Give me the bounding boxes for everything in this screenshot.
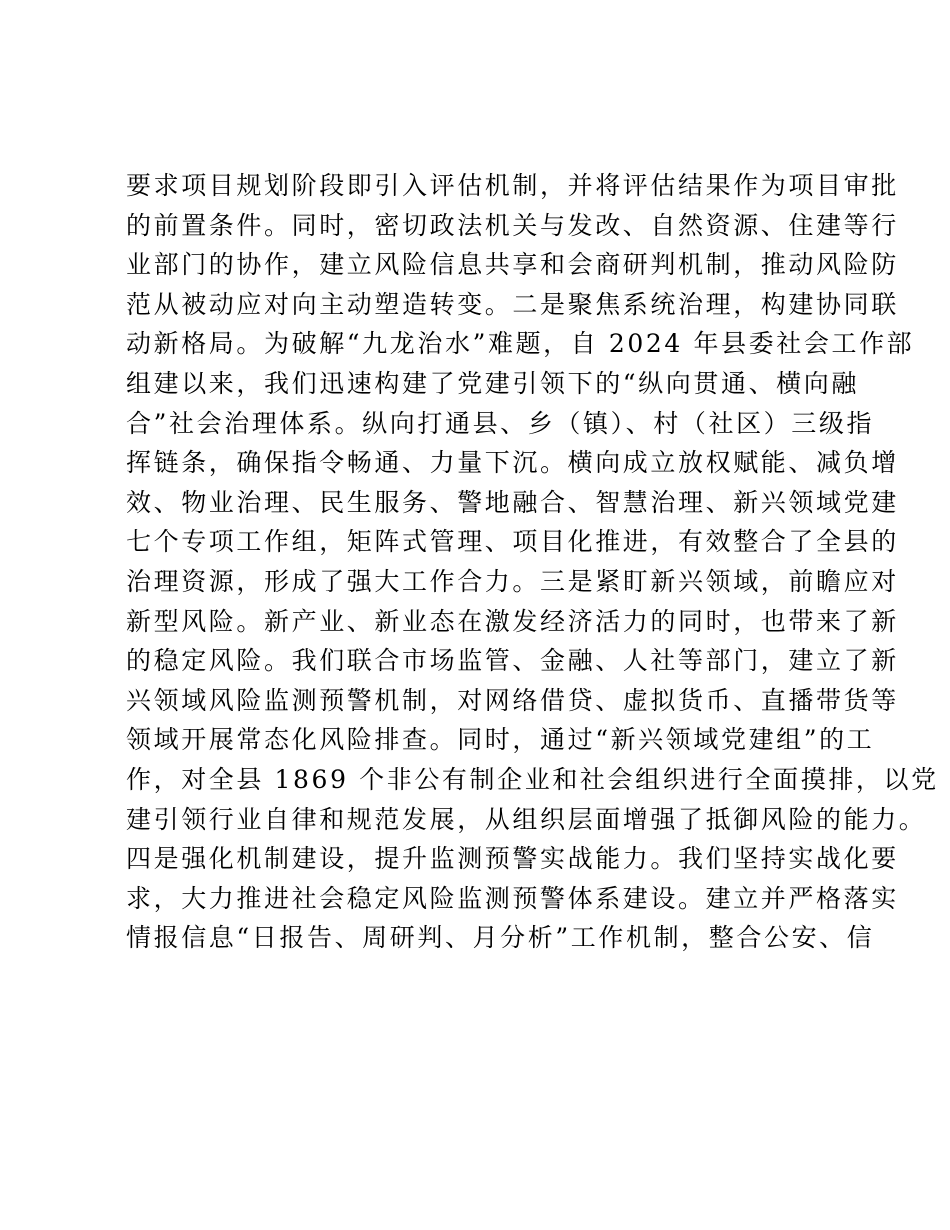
text-line: 作，对全县 1869 个非公有制企业和社会组织进行全面摸排，以党 <box>126 760 826 800</box>
text-line: 七个专项工作组，矩阵式管理、项目化推进，有效整合了全县的 <box>126 522 826 562</box>
text-line: 新型风险。新产业、新业态在激发经济活力的同时，也带来了新 <box>126 602 826 642</box>
text-line: 领域开展常态化风险排查。同时，通过“新兴领域党建组”的工 <box>126 720 826 760</box>
text-line: 效、物业治理、民生服务、警地融合、智慧治理、新兴领域党建 <box>126 483 826 523</box>
text-line: 情报信息“日报告、周研判、月分析”工作机制，整合公安、信 <box>126 918 826 958</box>
document-page: 要求项目规划阶段即引入评估机制，并将评估结果作为项目审批 的前置条件。同时，密切… <box>0 0 950 1230</box>
text-line: 合”社会治理体系。纵向打通县、乡（镇）、村（社区）三级指 <box>126 404 826 444</box>
body-paragraph: 要求项目规划阶段即引入评估机制，并将评估结果作为项目审批 的前置条件。同时，密切… <box>126 166 826 958</box>
text-line: 要求项目规划阶段即引入评估机制，并将评估结果作为项目审批 <box>126 166 826 206</box>
text-line: 建引领行业自律和规范发展，从组织层面增强了抵御风险的能力。 <box>126 800 826 840</box>
text-line: 组建以来，我们迅速构建了党建引领下的“纵向贯通、横向融 <box>126 364 826 404</box>
text-line: 动新格局。为破解“九龙治水”难题，自 2024 年县委社会工作部 <box>126 324 826 364</box>
text-line: 范从被动应对向主动塑造转变。二是聚焦系统治理，构建协同联 <box>126 285 826 325</box>
text-line: 兴领域风险监测预警机制，对网络借贷、虚拟货币、直播带货等 <box>126 681 826 721</box>
text-line: 治理资源，形成了强大工作合力。三是紧盯新兴领域，前瞻应对 <box>126 562 826 602</box>
text-line: 的前置条件。同时，密切政法机关与发改、自然资源、住建等行 <box>126 206 826 246</box>
text-line: 四是强化机制建设，提升监测预警实战能力。我们坚持实战化要 <box>126 839 826 879</box>
text-line: 求，大力推进社会稳定风险监测预警体系建设。建立并严格落实 <box>126 879 826 919</box>
text-line: 挥链条，确保指令畅通、力量下沉。横向成立放权赋能、减负增 <box>126 443 826 483</box>
text-line: 业部门的协作，建立风险信息共享和会商研判机制，推动风险防 <box>126 245 826 285</box>
text-line: 的稳定风险。我们联合市场监管、金融、人社等部门，建立了新 <box>126 641 826 681</box>
